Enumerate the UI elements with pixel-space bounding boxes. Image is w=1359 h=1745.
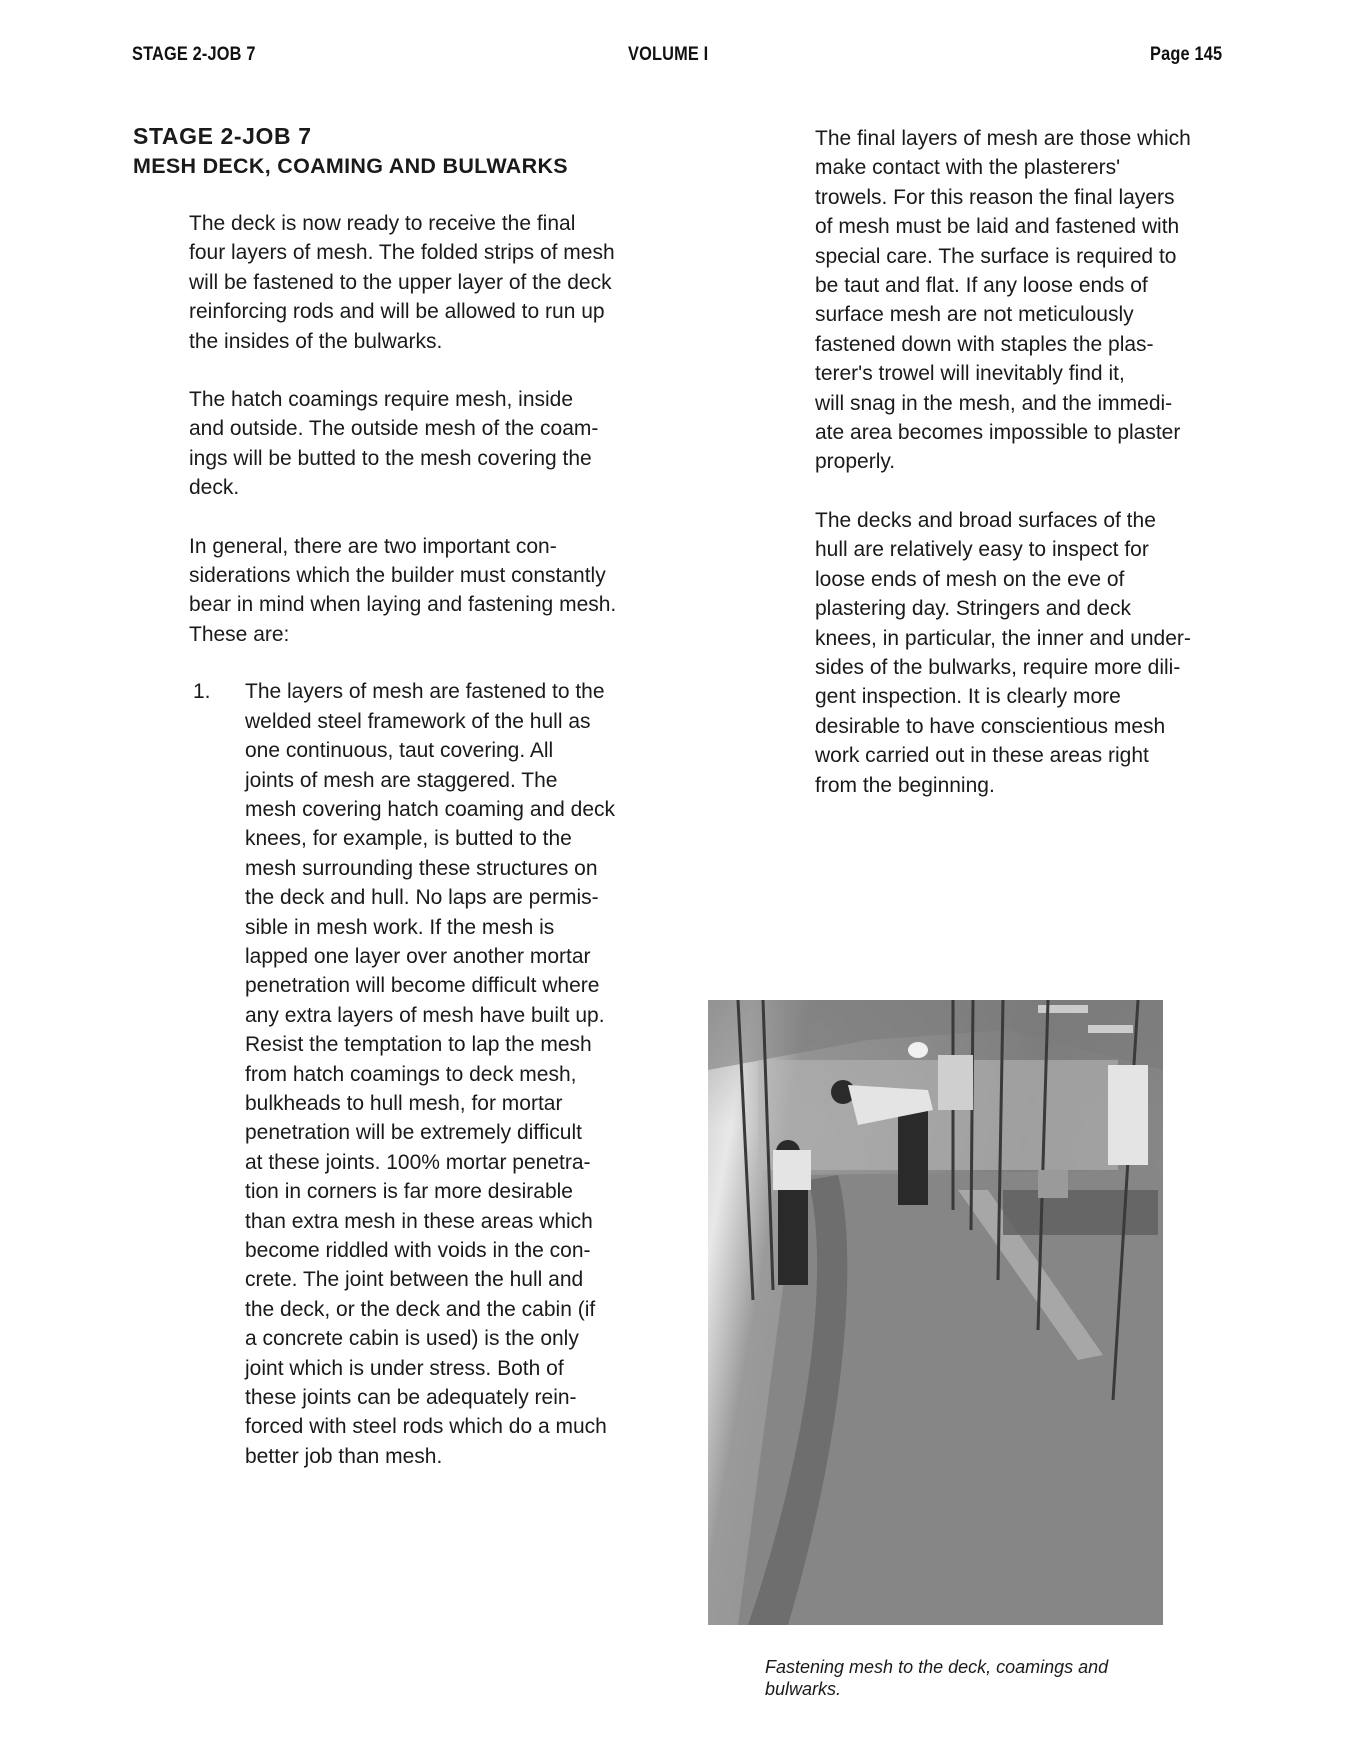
- stage-title: STAGE 2-JOB 7: [133, 121, 653, 151]
- figure-photo: [708, 1000, 1163, 1625]
- paragraph-deck-ready: The deck is now ready to receive the fin…: [133, 209, 653, 356]
- figure-caption: Fastening mesh to the deck, coamings and…: [765, 1656, 1185, 1700]
- left-column: STAGE 2-JOB 7 MESH DECK, COAMING AND BUL…: [133, 121, 653, 1471]
- page-number: Page 145: [1150, 44, 1222, 66]
- photo-illustration: [708, 1000, 1163, 1625]
- list-item: 1. The layers of mesh are fastened to th…: [133, 677, 653, 1471]
- paragraph-final-layers: The final layers of mesh are those which…: [815, 124, 1255, 477]
- paragraph-inspection: The decks and broad surfaces of the hull…: [815, 506, 1255, 800]
- paragraph-hatch-coamings: The hatch coamings require mesh, inside …: [133, 385, 653, 503]
- right-column: The final layers of mesh are those which…: [815, 124, 1255, 800]
- running-header-left: STAGE 2-JOB 7: [132, 44, 256, 66]
- running-header-center: VOLUME I: [628, 44, 708, 66]
- list-item-number: 1.: [193, 677, 211, 706]
- section-title: MESH DECK, COAMING AND BULWARKS: [133, 151, 653, 181]
- paragraph-considerations: In general, there are two important con-…: [133, 532, 653, 650]
